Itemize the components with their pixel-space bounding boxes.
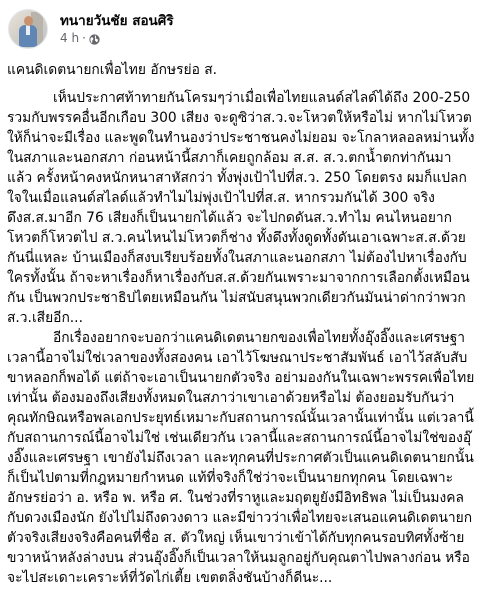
avatar-figure-shirt — [26, 25, 30, 35]
facebook-post: ทนายวันชัย สอนศิริ 4 h · แคนดิเดตนายกเพื… — [0, 0, 480, 601]
post-header: ทนายวันชัย สอนศิริ 4 h · — [8, 8, 174, 50]
post-paragraph-2: อีกเรื่องอยากจะบอกว่าแคนดิเดตนายกของเพื่… — [7, 328, 475, 588]
post-timestamp[interactable]: 4 h — [60, 30, 79, 46]
author-avatar[interactable] — [8, 9, 48, 49]
post-body: แคนดิเดตนายกเพื่อไทย อักษรย่อ ส. เห็นประ… — [7, 60, 475, 588]
post-headline: แคนดิเดตนายกเพื่อไทย อักษรย่อ ส. — [7, 60, 475, 80]
globe-icon[interactable] — [89, 33, 100, 44]
post-meta: ทนายวันชัย สอนศิริ 4 h · — [60, 12, 174, 46]
avatar-figure-head — [24, 16, 33, 26]
author-name[interactable]: ทนายวันชัย สอนศิริ — [60, 12, 174, 30]
post-subline: 4 h · — [60, 30, 174, 46]
separator-dot: · — [82, 30, 86, 46]
post-paragraph-1: เห็นประกาศท้าทายกันโครมๆว่าเมื่อเพื่อไทย… — [7, 88, 475, 328]
